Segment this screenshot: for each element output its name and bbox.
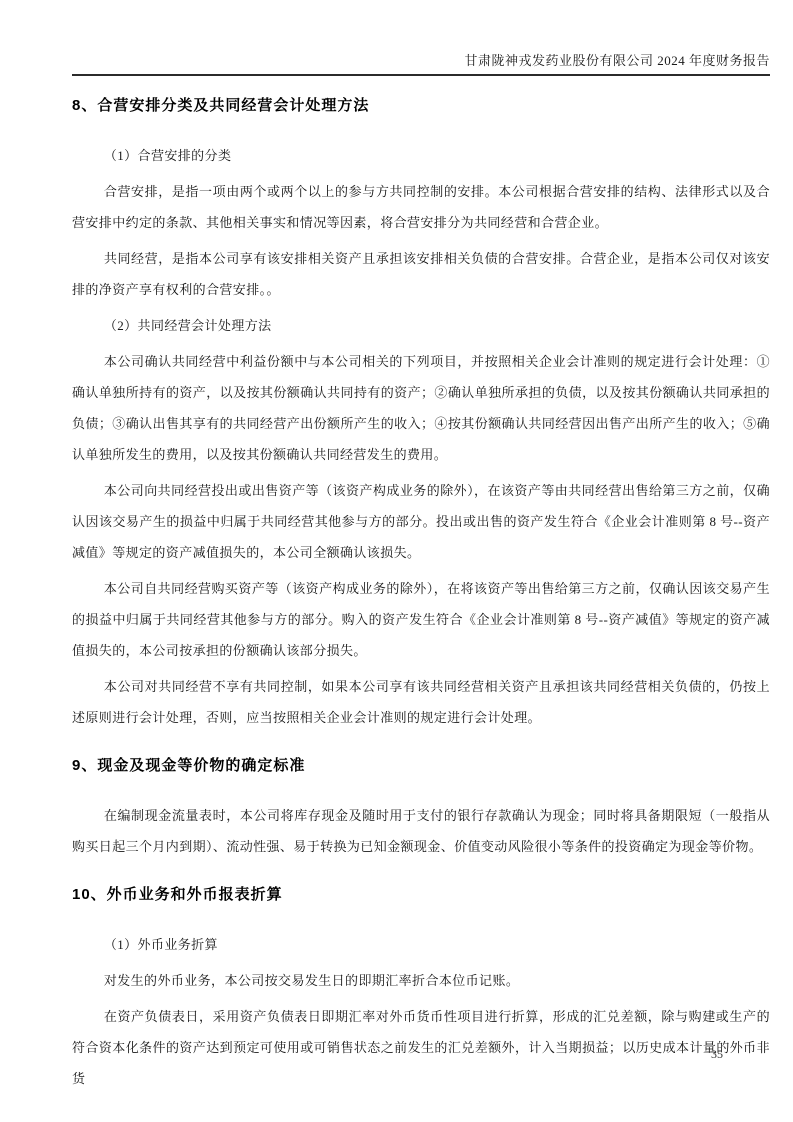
- section-8-paragraph: 本公司自共同经营购买资产等（该资产构成业务的除外），在将该资产等出售给第三方之前…: [72, 573, 770, 666]
- section-8-subhead-2: （2）共同经营会计处理方法: [72, 310, 770, 341]
- section-8-title: 8、合营安排分类及共同经营会计处理方法: [72, 95, 770, 117]
- page-content: 8、合营安排分类及共同经营会计处理方法 （1）合营安排的分类 合营安排，是指一项…: [72, 95, 770, 1094]
- section-8-paragraph: 本公司向共同经营投出或出售资产等（该资产构成业务的除外），在该资产等由共同经营出…: [72, 475, 770, 568]
- section-8-paragraph: 本公司确认共同经营中利益份额中与本公司相关的下列项目，并按照相关企业会计准则的规…: [72, 346, 770, 470]
- section-10-paragraph: 在资产负债表日，采用资产负债表日即期汇率对外币货币性项目进行折算，形成的汇兑差额…: [72, 1001, 770, 1094]
- section-8-subhead-1: （1）合营安排的分类: [72, 140, 770, 171]
- section-10-subhead-1: （1）外币业务折算: [72, 929, 770, 960]
- section-8-paragraph: 共同经营，是指本公司享有该安排相关资产且承担该安排相关负债的合营安排。合营企业，…: [72, 243, 770, 305]
- section-8-paragraph: 本公司对共同经营不享有共同控制，如果本公司享有该共同经营相关资产且承担该共同经营…: [72, 671, 770, 733]
- section-10-paragraph: 对发生的外币业务，本公司按交易发生日的即期汇率折合本位币记账。: [72, 965, 770, 996]
- page-header-title: 甘肃陇神戎发药业股份有限公司 2024 年度财务报告: [72, 52, 770, 76]
- report-page: 甘肃陇神戎发药业股份有限公司 2024 年度财务报告 8、合营安排分类及共同经营…: [0, 0, 793, 1122]
- section-9-title: 9、现金及现金等价物的确定标准: [72, 755, 770, 777]
- section-8-paragraph: 合营安排，是指一项由两个或两个以上的参与方共同控制的安排。本公司根据合营安排的结…: [72, 176, 770, 238]
- section-10-title: 10、外币业务和外币报表折算: [72, 884, 770, 906]
- page-number: 35: [711, 1047, 723, 1062]
- section-9-paragraph: 在编制现金流量表时，本公司将库存现金及随时用于支付的银行存款确认为现金；同时将具…: [72, 800, 770, 862]
